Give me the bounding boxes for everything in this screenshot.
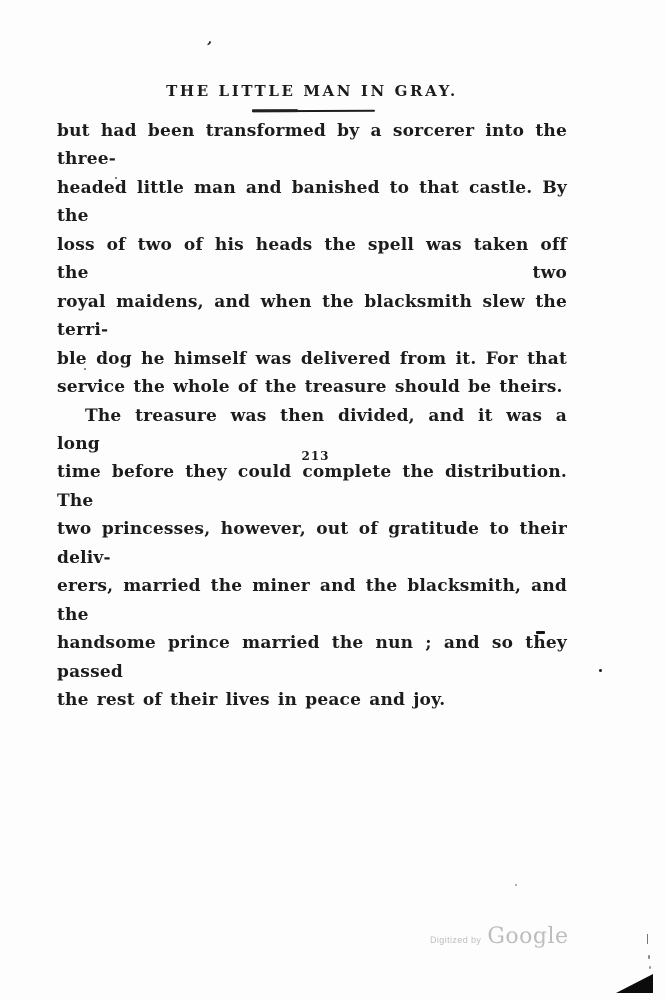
page-title: THE LITTLE MAN IN GRAY. <box>57 82 567 100</box>
edge-tick-mark <box>647 934 648 944</box>
page-number: 213 <box>57 449 574 463</box>
text-line: handsome prince married the nun ; and so… <box>57 629 567 686</box>
scan-speck <box>84 368 86 370</box>
watermark-prefix-text: Digitized by <box>430 935 481 945</box>
scan-speck <box>115 177 117 179</box>
text-line: but had been transformed by a sorcerer i… <box>57 117 567 174</box>
text-line: two princesses, however, out of gratitud… <box>57 515 567 572</box>
paragraph: but had been transformed by a sorcerer i… <box>57 117 567 402</box>
text-line: time before they could complete the dist… <box>57 458 567 515</box>
text-line: headed little man and banished to that c… <box>57 174 567 231</box>
text-line: loss of two of his heads the spell was t… <box>57 231 567 288</box>
scan-speck <box>515 884 517 886</box>
edge-tick-mark <box>649 966 651 969</box>
scan-speck <box>536 631 545 634</box>
scanned-book-page: THE LITTLE MAN IN GRAY. but had been tra… <box>0 0 666 1000</box>
text-line: ble dog he himself was delivered from it… <box>57 345 567 373</box>
digitized-by-watermark: Digitized by Google <box>430 924 569 949</box>
apostrophe-scan-mark: ’ <box>204 38 213 57</box>
body-text: but had been transformed by a sorcerer i… <box>57 117 567 715</box>
text-line: service the whole of the treasure should… <box>57 373 567 401</box>
title-divider-rule <box>252 110 375 113</box>
google-logo-text: Google <box>487 924 568 949</box>
scan-speck <box>599 669 602 672</box>
text-line: erers, married the miner and the blacksm… <box>57 572 567 629</box>
page-corner-fold-mark <box>616 974 653 993</box>
scan-speck <box>239 532 241 534</box>
text-line: royal maidens, and when the blacksmith s… <box>57 288 567 345</box>
edge-tick-mark <box>648 955 650 959</box>
text-line: the rest of their lives in peace and joy… <box>57 686 567 714</box>
